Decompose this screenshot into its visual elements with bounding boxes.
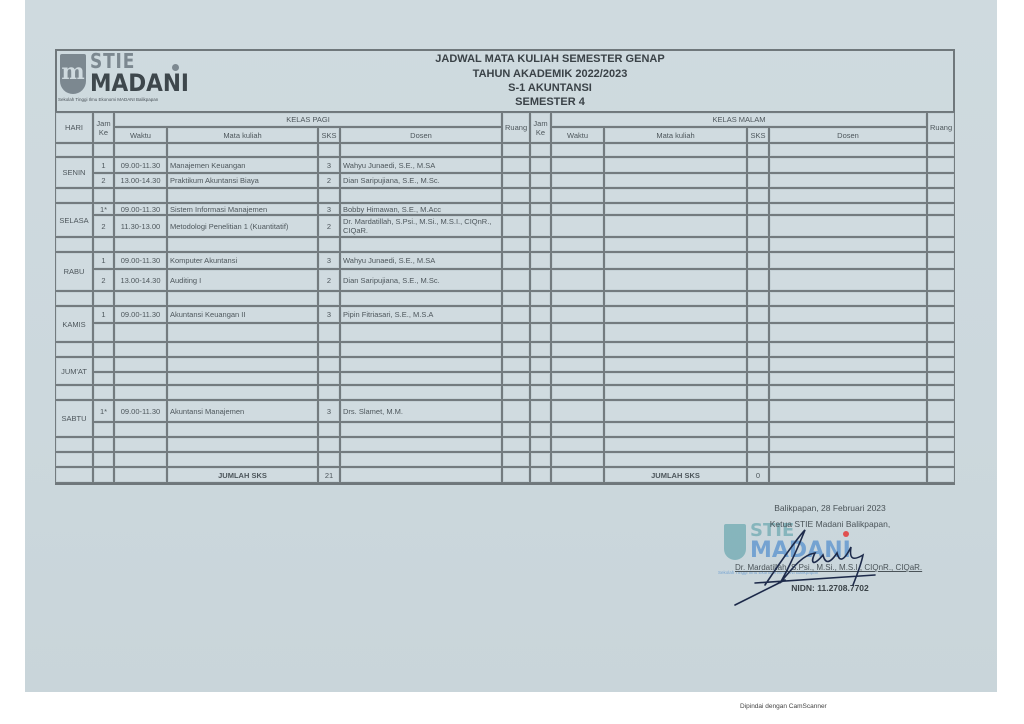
waktu-cell xyxy=(114,357,167,372)
empty-cell xyxy=(318,437,340,452)
malam-empty-cell xyxy=(604,173,747,188)
empty-cell xyxy=(551,452,604,467)
jam-ke-cell xyxy=(93,372,114,385)
malam-empty-cell xyxy=(927,215,955,237)
empty-cell xyxy=(604,385,747,400)
ruang-cell xyxy=(502,306,530,323)
empty-cell xyxy=(167,385,318,400)
empty-cell xyxy=(93,342,114,357)
waktu-cell: 11.30-13.00 xyxy=(114,215,167,237)
empty-cell xyxy=(530,291,551,306)
waktu-cell xyxy=(114,422,167,437)
header-ruang-malam: Ruang xyxy=(927,112,955,143)
sks-cell: 3 xyxy=(318,203,340,215)
jam-ke-cell: 1* xyxy=(93,400,114,422)
malam-empty-cell xyxy=(747,306,769,323)
table-row: KAMIS109.00-11.30Akuntansi Keuangan II3P… xyxy=(55,306,955,323)
logo-brand-main: MADANI xyxy=(90,70,189,96)
empty-cell xyxy=(114,291,167,306)
malam-empty-cell xyxy=(530,323,551,342)
jam-ke-cell: 2 xyxy=(93,215,114,237)
malam-empty-cell xyxy=(551,157,604,173)
malam-empty-cell xyxy=(530,422,551,437)
empty-cell xyxy=(114,237,167,252)
table-row: 211.30-13.00Metodologi Penelitian 1 (Kua… xyxy=(55,215,955,237)
empty-cell xyxy=(604,237,747,252)
empty-cell xyxy=(167,291,318,306)
empty-cell xyxy=(340,437,502,452)
ruang-cell xyxy=(502,323,530,342)
empty-cell xyxy=(502,385,530,400)
header-kelas-pagi: KELAS PAGI xyxy=(114,112,502,127)
spacer-row xyxy=(55,237,955,252)
malam-empty-cell xyxy=(551,173,604,188)
malam-empty-cell xyxy=(530,269,551,291)
malam-empty-cell xyxy=(769,372,927,385)
empty-cell xyxy=(114,452,167,467)
malam-empty-cell xyxy=(604,157,747,173)
title-line-3: S-1 AKUNTANSI xyxy=(300,82,800,95)
empty-cell xyxy=(551,188,604,203)
malam-empty-cell xyxy=(551,422,604,437)
malam-empty-cell xyxy=(747,269,769,291)
empty-cell xyxy=(747,452,769,467)
empty-cell xyxy=(927,237,955,252)
empty-cell xyxy=(93,143,114,157)
table-row: JUM'AT xyxy=(55,357,955,372)
empty-cell xyxy=(502,143,530,157)
jumlah-sks-pagi: 21 xyxy=(318,467,340,483)
sks-cell: 2 xyxy=(318,215,340,237)
ruang-cell xyxy=(502,215,530,237)
empty-cell xyxy=(530,452,551,467)
waktu-cell xyxy=(114,372,167,385)
shield-m-logo-icon: m xyxy=(60,54,86,94)
mata-kuliah-cell: Akuntansi Manajemen xyxy=(167,400,318,422)
jam-ke-cell: 1 xyxy=(93,157,114,173)
malam-empty-cell xyxy=(927,157,955,173)
empty-cell xyxy=(927,342,955,357)
ruang-cell xyxy=(502,357,530,372)
jam-ke-cell xyxy=(93,323,114,342)
malam-empty-cell xyxy=(530,252,551,269)
jam-ke-cell: 1 xyxy=(93,252,114,269)
spacer-row xyxy=(55,188,955,203)
empty-cell xyxy=(551,143,604,157)
sks-cell: 2 xyxy=(318,173,340,188)
jumlah-sks-label-malam: JUMLAH SKS xyxy=(604,467,747,483)
malam-empty-cell xyxy=(747,323,769,342)
dosen-cell xyxy=(340,357,502,372)
handwritten-signature-icon xyxy=(725,525,895,610)
empty-cell xyxy=(114,143,167,157)
malam-empty-cell xyxy=(927,400,955,422)
header-waktu-pagi: Waktu xyxy=(114,127,167,143)
empty-cell xyxy=(114,467,167,483)
empty-cell xyxy=(769,452,927,467)
malam-empty-cell xyxy=(530,400,551,422)
empty-cell xyxy=(927,437,955,452)
waktu-cell: 09.00-11.30 xyxy=(114,203,167,215)
malam-empty-cell xyxy=(927,203,955,215)
title-line-2: TAHUN AKADEMIK 2022/2023 xyxy=(300,68,800,81)
table-row xyxy=(55,372,955,385)
empty-cell xyxy=(747,385,769,400)
empty-cell xyxy=(551,237,604,252)
empty-cell xyxy=(93,188,114,203)
empty-cell xyxy=(502,342,530,357)
malam-empty-cell xyxy=(769,173,927,188)
empty-cell xyxy=(927,291,955,306)
empty-cell xyxy=(747,188,769,203)
empty-cell xyxy=(604,452,747,467)
waktu-cell: 13.00-14.30 xyxy=(114,269,167,291)
malam-empty-cell xyxy=(927,306,955,323)
empty-cell xyxy=(551,437,604,452)
empty-cell xyxy=(340,385,502,400)
table-row xyxy=(55,323,955,342)
sks-cell: 2 xyxy=(318,269,340,291)
sks-cell: 3 xyxy=(318,252,340,269)
empty-cell xyxy=(502,452,530,467)
malam-empty-cell xyxy=(604,203,747,215)
day-cell: SABTU xyxy=(55,400,93,437)
sks-cell xyxy=(318,357,340,372)
ruang-cell xyxy=(502,252,530,269)
ruang-cell xyxy=(502,422,530,437)
waktu-cell xyxy=(114,323,167,342)
empty-cell xyxy=(340,452,502,467)
malam-empty-cell xyxy=(927,252,955,269)
empty-cell xyxy=(318,452,340,467)
day-cell: SENIN xyxy=(55,157,93,188)
malam-empty-cell xyxy=(604,372,747,385)
empty-cell xyxy=(55,342,93,357)
sks-cell: 3 xyxy=(318,400,340,422)
malam-empty-cell xyxy=(604,252,747,269)
empty-cell xyxy=(530,188,551,203)
empty-cell xyxy=(55,291,93,306)
spacer-row xyxy=(55,342,955,357)
empty-cell xyxy=(604,188,747,203)
waktu-cell: 09.00-11.30 xyxy=(114,306,167,323)
empty-cell xyxy=(530,385,551,400)
spacer-row xyxy=(55,437,955,452)
malam-empty-cell xyxy=(530,203,551,215)
header-mata-kuliah-malam: Mata kuliah xyxy=(604,127,747,143)
malam-empty-cell xyxy=(604,215,747,237)
empty-cell xyxy=(769,385,927,400)
malam-empty-cell xyxy=(769,422,927,437)
empty-cell xyxy=(604,143,747,157)
malam-empty-cell xyxy=(747,252,769,269)
dosen-cell xyxy=(340,323,502,342)
logo-dot-icon xyxy=(172,64,179,71)
malam-empty-cell xyxy=(530,306,551,323)
dosen-cell: Drs. Slamet, M.M. xyxy=(340,400,502,422)
malam-empty-cell xyxy=(604,323,747,342)
empty-cell xyxy=(769,237,927,252)
malam-empty-cell xyxy=(604,306,747,323)
dosen-cell: Wahyu Junaedi, S.E., M.SA xyxy=(340,157,502,173)
empty-cell xyxy=(167,143,318,157)
empty-cell xyxy=(93,291,114,306)
header-ruang-pagi: Ruang xyxy=(502,112,530,143)
empty-cell xyxy=(551,467,604,483)
empty-cell xyxy=(167,437,318,452)
malam-empty-cell xyxy=(769,269,927,291)
ruang-cell xyxy=(502,157,530,173)
empty-cell xyxy=(318,237,340,252)
title-line-1: JADWAL MATA KULIAH SEMESTER GENAP xyxy=(300,53,800,66)
mata-kuliah-cell: Komputer Akuntansi xyxy=(167,252,318,269)
empty-cell xyxy=(93,437,114,452)
malam-empty-cell xyxy=(530,215,551,237)
dosen-cell: Dr. Mardatillah, S.Psi., M.Si., M.S.I., … xyxy=(340,215,502,237)
empty-cell xyxy=(769,291,927,306)
title-line-4: SEMESTER 4 xyxy=(300,96,800,109)
empty-cell xyxy=(114,188,167,203)
empty-cell xyxy=(769,342,927,357)
empty-cell xyxy=(93,452,114,467)
jumlah-sks-label-pagi: JUMLAH SKS xyxy=(167,467,318,483)
malam-empty-cell xyxy=(551,269,604,291)
jam-ke-cell: 1* xyxy=(93,203,114,215)
empty-cell xyxy=(318,385,340,400)
table-row: SENIN109.00-11.30Manajemen Keuangan3Wahy… xyxy=(55,157,955,173)
dosen-cell: Wahyu Junaedi, S.E., M.SA xyxy=(340,252,502,269)
mata-kuliah-cell xyxy=(167,323,318,342)
malam-empty-cell xyxy=(927,173,955,188)
empty-cell xyxy=(340,188,502,203)
empty-cell xyxy=(747,291,769,306)
header-dosen-malam: Dosen xyxy=(769,127,927,143)
stie-madani-logo: m STIE MADANI Sekolah Tinggi Ilmu Ekonom… xyxy=(58,52,198,108)
jam-ke-cell: 2 xyxy=(93,173,114,188)
empty-cell xyxy=(318,188,340,203)
jam-ke-cell xyxy=(93,422,114,437)
empty-cell xyxy=(167,237,318,252)
malam-empty-cell xyxy=(551,252,604,269)
malam-empty-cell xyxy=(604,357,747,372)
dosen-cell xyxy=(340,422,502,437)
malam-empty-cell xyxy=(747,400,769,422)
waktu-cell: 09.00-11.30 xyxy=(114,400,167,422)
malam-empty-cell xyxy=(927,357,955,372)
dosen-cell xyxy=(340,372,502,385)
mata-kuliah-cell: Auditing I xyxy=(167,269,318,291)
empty-cell xyxy=(747,237,769,252)
table-row: SELASA1*09.00-11.30Sistem Informasi Mana… xyxy=(55,203,955,215)
empty-cell xyxy=(604,437,747,452)
empty-cell xyxy=(927,452,955,467)
table-row: 213.00-14.30Praktikum Akuntansi Biaya2Di… xyxy=(55,173,955,188)
empty-cell xyxy=(747,342,769,357)
header-kelas-malam: KELAS MALAM xyxy=(551,112,927,127)
day-cell: RABU xyxy=(55,252,93,291)
header-sks-pagi: SKS xyxy=(318,127,340,143)
sks-cell xyxy=(318,372,340,385)
table-row: SABTU1*09.00-11.30Akuntansi Manajemen3Dr… xyxy=(55,400,955,422)
empty-cell xyxy=(55,143,93,157)
malam-empty-cell xyxy=(927,422,955,437)
day-cell: KAMIS xyxy=(55,306,93,342)
empty-cell xyxy=(340,291,502,306)
empty-cell xyxy=(114,385,167,400)
sks-cell xyxy=(318,323,340,342)
ruang-cell xyxy=(502,203,530,215)
mata-kuliah-cell xyxy=(167,422,318,437)
table-row: RABU109.00-11.30Komputer Akuntansi3Wahyu… xyxy=(55,252,955,269)
mata-kuliah-cell: Akuntansi Keuangan II xyxy=(167,306,318,323)
empty-cell xyxy=(114,437,167,452)
malam-empty-cell xyxy=(769,252,927,269)
empty-cell xyxy=(747,143,769,157)
ruang-cell xyxy=(502,372,530,385)
empty-cell xyxy=(340,237,502,252)
empty-cell xyxy=(55,237,93,252)
empty-cell xyxy=(769,188,927,203)
empty-cell xyxy=(502,237,530,252)
header-jam-ke-malam: Jam Ke xyxy=(530,112,551,143)
empty-cell xyxy=(340,467,502,483)
empty-cell xyxy=(340,143,502,157)
malam-empty-cell xyxy=(747,372,769,385)
empty-cell xyxy=(167,452,318,467)
empty-cell xyxy=(55,467,93,483)
malam-empty-cell xyxy=(604,422,747,437)
sks-cell xyxy=(318,422,340,437)
spacer-row xyxy=(55,452,955,467)
malam-empty-cell xyxy=(551,372,604,385)
mata-kuliah-cell: Metodologi Penelitian 1 (Kuantitatif) xyxy=(167,215,318,237)
waktu-cell: 13.00-14.30 xyxy=(114,173,167,188)
malam-empty-cell xyxy=(927,372,955,385)
empty-cell xyxy=(55,385,93,400)
mata-kuliah-cell xyxy=(167,357,318,372)
malam-empty-cell xyxy=(530,173,551,188)
empty-cell xyxy=(769,437,927,452)
empty-cell xyxy=(551,385,604,400)
malam-empty-cell xyxy=(769,306,927,323)
jam-ke-cell: 1 xyxy=(93,306,114,323)
header-hari: HARI xyxy=(55,112,93,143)
empty-cell xyxy=(502,291,530,306)
empty-cell xyxy=(530,342,551,357)
malam-empty-cell xyxy=(747,173,769,188)
empty-cell xyxy=(93,237,114,252)
malam-empty-cell xyxy=(769,157,927,173)
dosen-cell: Dian Saripujiana, S.E., M.Sc. xyxy=(340,173,502,188)
malam-empty-cell xyxy=(747,357,769,372)
header-dosen-pagi: Dosen xyxy=(340,127,502,143)
header-mata-kuliah-pagi: Mata kuliah xyxy=(167,127,318,143)
malam-empty-cell xyxy=(769,357,927,372)
place-date: Balikpapan, 28 Februari 2023 xyxy=(700,503,960,513)
day-cell: JUM'AT xyxy=(55,357,93,385)
dosen-cell: Bobby Himawan, S.E., M.Acc xyxy=(340,203,502,215)
empty-cell xyxy=(769,143,927,157)
waktu-cell: 09.00-11.30 xyxy=(114,252,167,269)
empty-cell xyxy=(747,437,769,452)
malam-empty-cell xyxy=(551,203,604,215)
empty-cell xyxy=(502,467,530,483)
header-jam-ke-pagi: Jam Ke xyxy=(93,112,114,143)
spacer-row xyxy=(55,291,955,306)
malam-empty-cell xyxy=(927,269,955,291)
logo-subtitle: Sekolah Tinggi Ilmu Ekonomi MADANI Balik… xyxy=(58,97,158,102)
ruang-cell xyxy=(502,269,530,291)
malam-empty-cell xyxy=(747,215,769,237)
jam-ke-cell xyxy=(93,357,114,372)
empty-cell xyxy=(93,385,114,400)
malam-empty-cell xyxy=(551,400,604,422)
spacer-row xyxy=(55,143,955,157)
empty-cell xyxy=(604,291,747,306)
schedule-table: HARI Jam Ke KELAS PAGI Ruang Jam Ke KELA… xyxy=(55,112,955,483)
malam-empty-cell xyxy=(769,203,927,215)
malam-empty-cell xyxy=(769,323,927,342)
mata-kuliah-cell xyxy=(167,372,318,385)
malam-empty-cell xyxy=(551,357,604,372)
empty-cell xyxy=(530,237,551,252)
dosen-cell: Dian Saripujiana, S.E., M.Sc. xyxy=(340,269,502,291)
mata-kuliah-cell: Manajemen Keuangan xyxy=(167,157,318,173)
empty-cell xyxy=(927,188,955,203)
table-row xyxy=(55,422,955,437)
empty-cell xyxy=(551,342,604,357)
malam-empty-cell xyxy=(551,306,604,323)
empty-cell xyxy=(530,143,551,157)
empty-cell xyxy=(769,467,927,483)
empty-cell xyxy=(927,143,955,157)
empty-cell xyxy=(340,342,502,357)
empty-cell xyxy=(93,467,114,483)
empty-cell xyxy=(530,467,551,483)
malam-empty-cell xyxy=(530,372,551,385)
empty-cell xyxy=(318,291,340,306)
malam-empty-cell xyxy=(604,269,747,291)
table-row: 213.00-14.30Auditing I2Dian Saripujiana,… xyxy=(55,269,955,291)
spacer-row xyxy=(55,385,955,400)
empty-cell xyxy=(927,467,955,483)
empty-cell xyxy=(502,188,530,203)
ruang-cell xyxy=(502,173,530,188)
empty-cell xyxy=(927,385,955,400)
empty-cell xyxy=(55,437,93,452)
empty-cell xyxy=(55,188,93,203)
malam-empty-cell xyxy=(747,422,769,437)
empty-cell xyxy=(604,342,747,357)
empty-cell xyxy=(114,342,167,357)
malam-empty-cell xyxy=(530,157,551,173)
empty-cell xyxy=(502,437,530,452)
malam-empty-cell xyxy=(604,400,747,422)
day-cell: SELASA xyxy=(55,203,93,237)
empty-cell xyxy=(551,291,604,306)
empty-cell xyxy=(530,437,551,452)
ruang-cell xyxy=(502,400,530,422)
header-waktu-malam: Waktu xyxy=(551,127,604,143)
mata-kuliah-cell: Praktikum Akuntansi Biaya xyxy=(167,173,318,188)
dosen-cell: Pipin Fitriasari, S.E., M.S.A xyxy=(340,306,502,323)
empty-cell xyxy=(318,342,340,357)
header-sks-malam: SKS xyxy=(747,127,769,143)
malam-empty-cell xyxy=(551,323,604,342)
schedule-body: SENIN109.00-11.30Manajemen Keuangan3Wahy… xyxy=(55,143,955,483)
jam-ke-cell: 2 xyxy=(93,269,114,291)
waktu-cell: 09.00-11.30 xyxy=(114,157,167,173)
